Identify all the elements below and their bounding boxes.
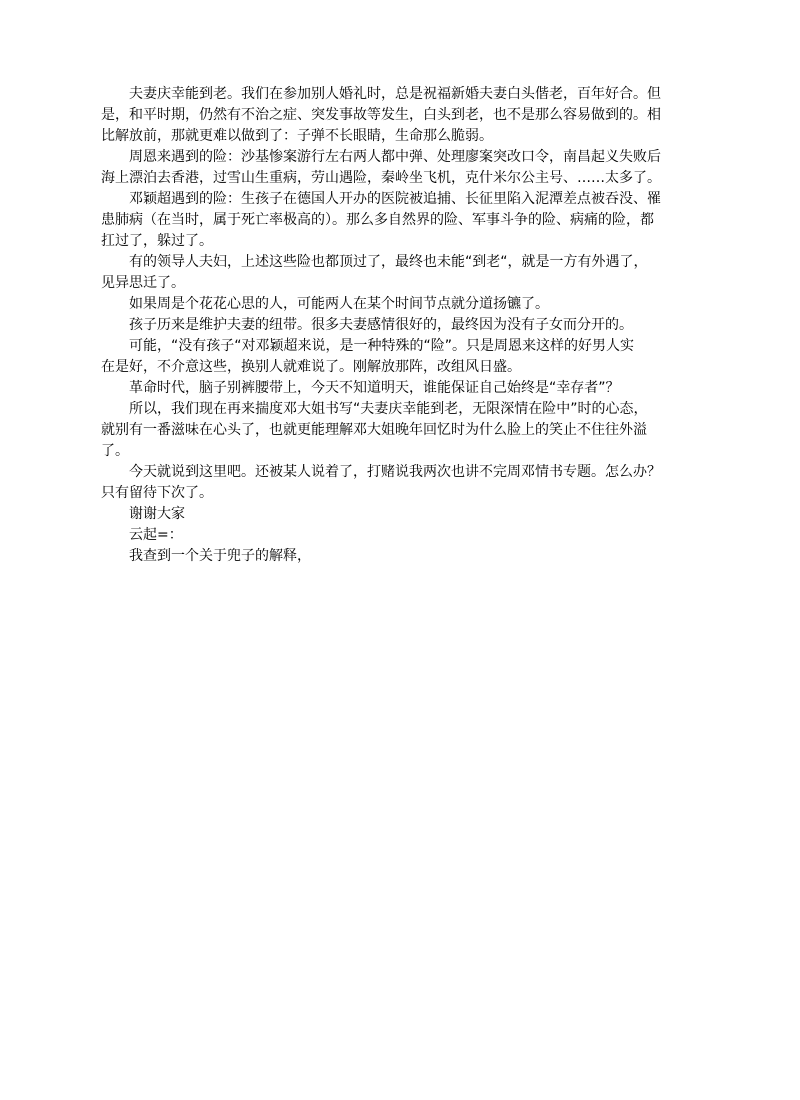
text-line: 就别有一番滋味在心头了，也就更能理解邓大姐晚年回忆时为什么脸上的笑止不住往外溢 [101,420,691,441]
text-line: 我查到一个关于兜子的解释， [101,546,691,567]
text-line: 邓颖超遇到的险：生孩子在德国人开办的医院被追捕、长征里陷入泥潭差点被吞没、罹 [101,189,691,210]
text-line: 比解放前，那就更难以做到了：子弹不长眼睛，生命那么脆弱。 [101,126,691,147]
document-page: 夫妻庆幸能到老。我们在参加别人婚礼时，总是祝福新婚夫妻白头偕老，百年好合。但 是… [101,84,691,567]
text-line: 只有留待下次了。 [101,483,691,504]
text-line: 可能，“没有孩子“对邓颖超来说，是一种特殊的“险”。只是周恩来这样的好男人实 [101,336,691,357]
text-line: 是，和平时期，仍然有不治之症、突发事故等发生，白头到老，也不是那么容易做到的。相 [101,105,691,126]
text-line: 谢谢大家 [101,504,691,525]
text-line: 革命时代，脑子别裤腰带上，今天不知道明天，谁能保证自己始终是“幸存者”？ [101,378,691,399]
text-line: 今天就说到这里吧。还被某人说着了，打赌说我两次也讲不完周邓情书专题。怎么办？ [101,462,691,483]
text-line: 患肺病（在当时，属于死亡率极高的）。那么多自然界的险、军事斗争的险、病痛的险，都 [101,210,691,231]
text-line: 云起=： [101,525,691,546]
text-line: 所以，我们现在再来揣度邓大姐书写“夫妻庆幸能到老，无限深情在险中”时的心态， [101,399,691,420]
text-line: 孩子历来是维护夫妻的纽带。很多夫妻感情很好的，最终因为没有子女而分开的。 [101,315,691,336]
text-line: 周恩来遇到的险：沙基惨案游行左右两人都中弹、处理廖案突改口令，南昌起义失败后 [101,147,691,168]
text-line: 海上漂泊去香港，过雪山生重病，劳山遇险，秦岭坐飞机，克什米尔公主号、……太多了。 [101,168,691,189]
text-line: 有的领导人夫妇，上述这些险也都顶过了，最终也未能“到老“，就是一方有外遇了， [101,252,691,273]
text-line: 了。 [101,441,691,462]
text-line: 扛过了，躲过了。 [101,231,691,252]
text-line: 如果周是个花花心思的人，可能两人在某个时间节点就分道扬镳了。 [101,294,691,315]
text-line: 见异思迁了。 [101,273,691,294]
text-line: 夫妻庆幸能到老。我们在参加别人婚礼时，总是祝福新婚夫妻白头偕老，百年好合。但 [101,84,691,105]
text-line: 在是好，不介意这些，换别人就难说了。刚解放那阵，改组风日盛。 [101,357,691,378]
